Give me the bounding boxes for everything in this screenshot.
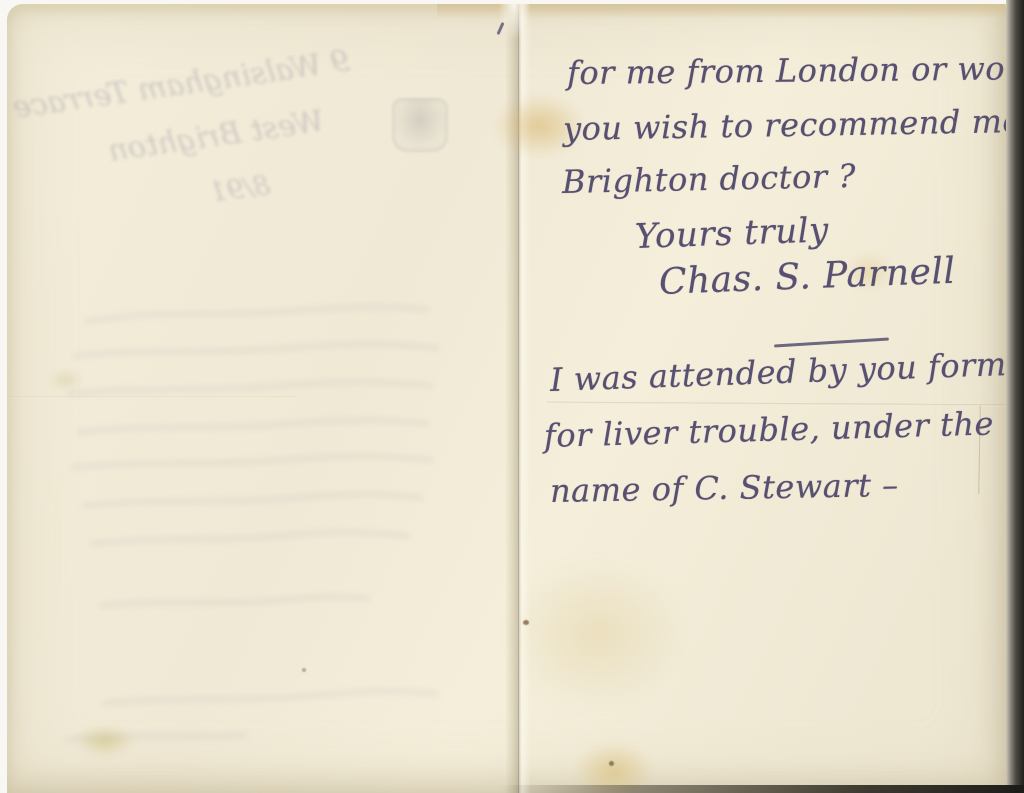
embossed-stamp <box>392 98 448 152</box>
scanner-edge-right <box>1006 0 1024 793</box>
stain <box>507 559 687 709</box>
ink-speck <box>609 761 614 766</box>
scanned-letter-spread: 9 Walsingham Terrace West Brighton 8/91 <box>0 0 1024 793</box>
fold-top-notch <box>499 4 529 38</box>
signature: Chas. S. Parnell <box>658 251 956 303</box>
postscript-line: I was attended by you formerly <box>549 343 1007 399</box>
ink-speck <box>302 668 306 672</box>
stain <box>75 726 135 756</box>
horizontal-fold-crease-left <box>7 396 297 398</box>
handwriting-line: Brighton doctor ? <box>562 157 857 201</box>
letter-paper: 9 Walsingham Terrace West Brighton 8/91 <box>7 4 1007 793</box>
postscript-line: for liver trouble, under the <box>543 404 994 455</box>
scanner-edge-bottom <box>500 785 1024 793</box>
handwriting-line: you wish to recommend me a <box>563 101 1007 148</box>
closing-line: Yours truly <box>634 210 829 257</box>
postscript-line: name of C. Stewart – <box>550 466 899 510</box>
stain <box>49 370 83 390</box>
ink-speck <box>523 620 529 625</box>
handwriting-line: for me from London or would <box>567 49 1007 92</box>
signature-underline-stroke <box>774 337 889 347</box>
